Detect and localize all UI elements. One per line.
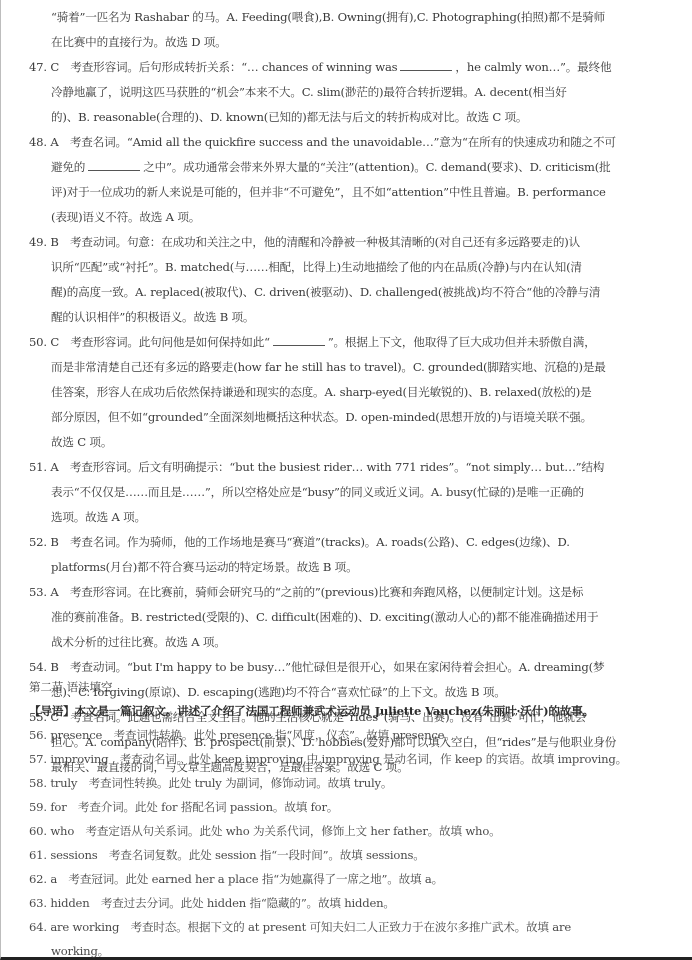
q53-explanation-line-3: 战术分析的过往比赛。故选 A 项。: [51, 634, 226, 650]
q51-explanation-line-3: 选项。故选 A 项。: [51, 509, 146, 525]
grammar-item-56: 56. presence 考查词性转换。此处 presence 指“风度，仪态”…: [29, 727, 456, 743]
section-intro: 【导语】本文是一篇记叙文。讲述了介绍了法国工程师兼武术运动员 Juliette …: [29, 703, 594, 719]
q49-explanation-line-3: 醒)的高度一致。A. replaced(被取代)、C. driven(被驱动)、…: [51, 284, 600, 300]
q53-explanation-line-1: 53. A 考查形容词。在比赛前，骑师会研究马的“之前的”(previous)比…: [29, 584, 583, 600]
grammar-item-57: 57. improving 考查动名词。此处 keep improving 中 …: [29, 751, 627, 767]
q51-explanation-line-2: 表示“不仅仅是……而且是……”，所以空格处应是“busy”的同义或近义词。A. …: [51, 484, 584, 500]
grammar-item-58: 58. truly 考查词性转换。此处 truly 为副词，修饰动词。故填 tr…: [29, 775, 392, 791]
document-page: “骑着”一匹名为 Rashabar 的马。A. Feeding(喂食),B. O…: [0, 0, 692, 960]
q52-explanation-line-1: 52. B 考查名词。作为骑师，他的工作场地是赛马“赛道”(tracks)。A.…: [29, 534, 570, 550]
grammar-item-61: 61. sessions 考查名词复数。此处 session 指“一段时间”。故…: [29, 847, 425, 863]
grammar-item-62: 62. a 考查冠词。此处 earned her a place 指“为她赢得了…: [29, 871, 443, 887]
q50-explanation-line-4: 部分原因，但不如“grounded”全面深刻地概括这种状态。D. open-mi…: [51, 409, 592, 425]
grammar-item-64: 64. are working 考查时态。根据下文的 at present 可知…: [29, 919, 571, 935]
q46-explanation-line-1: “骑着”一匹名为 Rashabar 的马。A. Feeding(喂食),B. O…: [51, 9, 605, 25]
grammar-item-63: 63. hidden 考查过去分词。此处 hidden 指“隐藏的”。故填 hi…: [29, 895, 395, 911]
q50-explanation-line-3: 佳答案，形容人在成功后依然保持谦逊和现实的态度。A. sharp-eyed(目光…: [51, 384, 591, 400]
q49-explanation-line-4: 醒的认识相伴”的积极语义。故选 B 项。: [51, 309, 254, 325]
q47-explanation-line-1: 47. C 考查形容词。后句形成转折关系：“… chances of winni…: [29, 59, 611, 75]
q46-explanation-line-2: 在比赛中的直接行为。故选 D 项。: [51, 34, 227, 50]
grammar-item-59: 59. for 考查介词。此处 for 搭配名词 passion。故填 for。: [29, 799, 338, 815]
q54-explanation-line-2: 想)、C. forgiving(原谅)、D. escaping(逃跑)均不符合“…: [51, 684, 506, 700]
q47-explanation-line-3: 的)、B. reasonable(合理的)、D. known(已知的)都无法与后…: [51, 109, 527, 125]
q48-explanation-line-1: 48. A 考查名词。“Amid all the quickfire succe…: [29, 134, 616, 150]
q50-text-before-blank: 50. C 考查形容词。此句问他是如何保持如此“: [29, 335, 270, 349]
q51-explanation-line-1: 51. A 考查形容词。后文有明确提示：“but the busiest rid…: [29, 459, 604, 475]
q49-explanation-line-2: 识所“匹配”或“衬托”。B. matched(与……相配，比得上)生动地描绘了他…: [51, 259, 582, 275]
q48-text-after-blank: 之中”。成功通常会带来外界大量的“关注”(attention)。C. deman…: [143, 160, 610, 174]
q48-explanation-line-3: 评)对于一位成功的新人来说是可能的，但并非“不可避免”，且不如“attentio…: [51, 184, 606, 200]
q54-explanation-line-1: 54. B 考查动词。“but I'm happy to be busy…”他忙…: [29, 659, 604, 675]
fill-blank: [400, 60, 452, 71]
section-title: 第二节 语法填空: [29, 679, 112, 695]
fill-blank: [88, 160, 140, 171]
q50-explanation-line-2: 而是非常清楚自己还有多远的路要走(how far he still has to…: [51, 359, 606, 375]
q53-explanation-line-2: 准的赛前准备。B. restricted(受限的)、C. difficult(困…: [51, 609, 598, 625]
q52-explanation-line-2: platforms(月台)都不符合赛马运动的特定场景。故选 B 项。: [51, 559, 357, 575]
q50-explanation-line-1: 50. C 考查形容词。此句问他是如何保持如此“”。根据上下文，他取得了巨大成功…: [29, 334, 596, 350]
fill-blank: [273, 335, 325, 346]
grammar-item-64-continued: working。: [51, 943, 109, 959]
grammar-item-60: 60. who 考查定语从句关系词。此处 who 为关系代词，修饰上文 her …: [29, 823, 501, 839]
q49-explanation-line-1: 49. B 考查动词。句意：在成功和关注之中，他的清醒和冷静被一种极其清晰的(对…: [29, 234, 580, 250]
q47-text-before-blank: 47. C 考查形容词。后句形成转折关系：“… chances of winni…: [29, 60, 397, 74]
q48-text-before-blank: 避免的: [51, 160, 85, 174]
q50-explanation-line-5: 故选 C 项。: [51, 434, 112, 450]
q48-explanation-line-2: 避免的之中”。成功通常会带来外界大量的“关注”(attention)。C. de…: [51, 159, 610, 175]
q48-explanation-line-4: (表现)语义不符。故选 A 项。: [51, 209, 200, 225]
q47-text-after-blank: ，he calmly won…”。最终他: [455, 60, 611, 74]
q50-text-after-blank: ”。根据上下文，他取得了巨大成功但并未骄傲自满，: [328, 335, 596, 349]
q47-explanation-line-2: 冷静地赢了，说明这匹马获胜的“机会”本来不大。C. slim(渺茫的)最符合转折…: [51, 84, 567, 100]
